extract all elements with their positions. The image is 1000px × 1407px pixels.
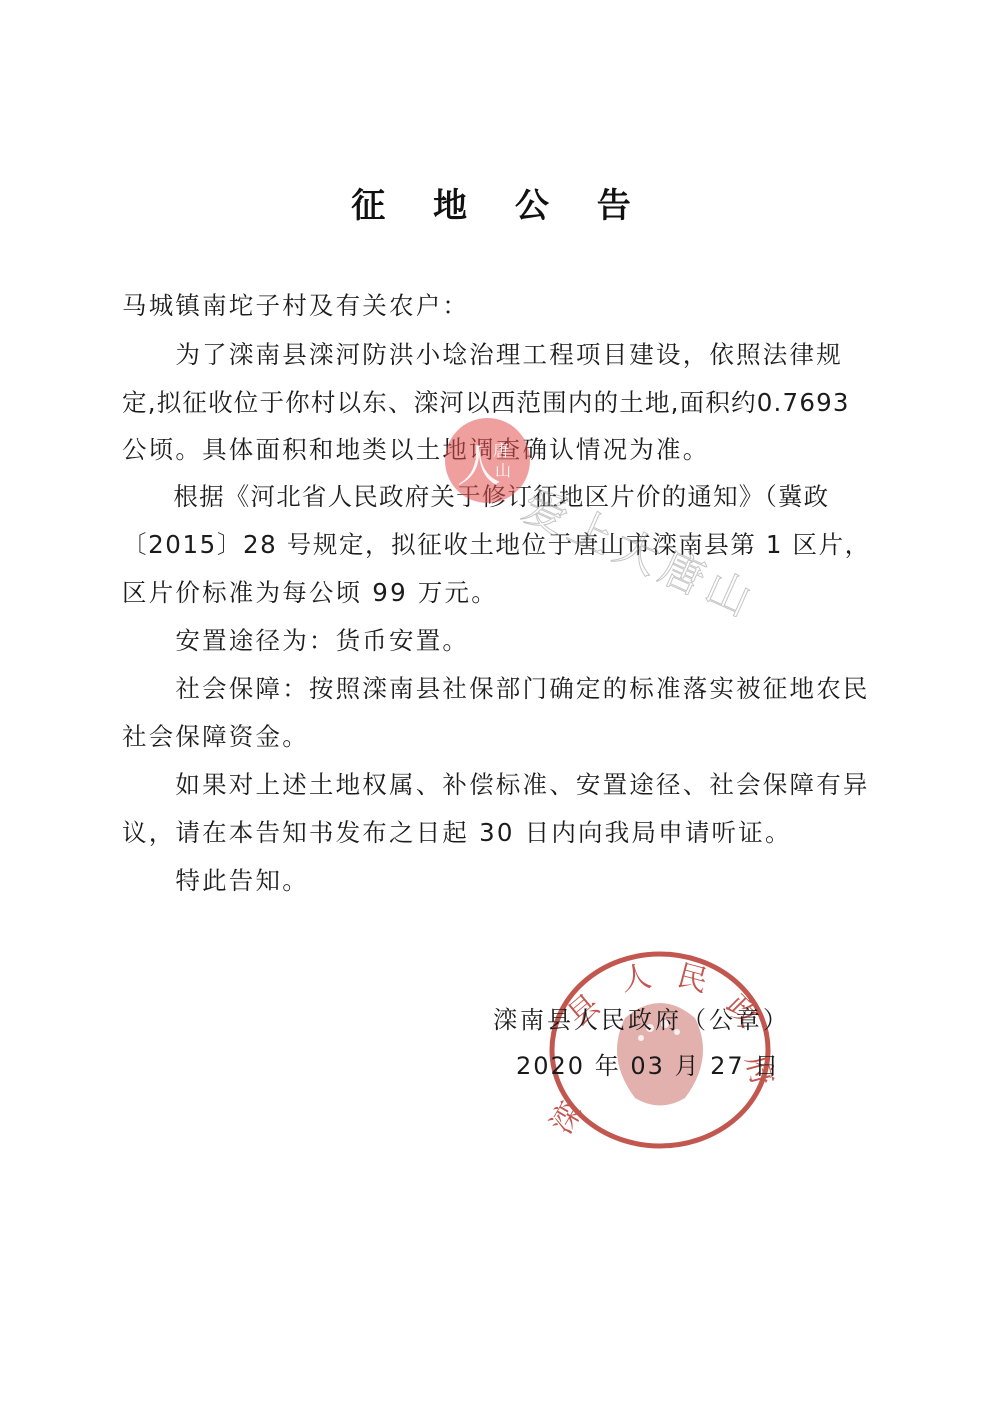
document-page: 征 地 公 告 马城镇南坨子村及有关农户： 为了滦南县滦河防洪小埝治理工程项目建…	[0, 0, 1000, 1407]
body-line: 议，请在本告知书发布之日起 30 日内向我局申请听证。	[122, 814, 792, 849]
salutation: 马城镇南坨子村及有关农户：	[122, 287, 469, 322]
body-line: 公顷。具体面积和地类以土地调查确认情况为准。	[122, 431, 709, 466]
svg-text:民: 民	[673, 958, 711, 1000]
body-line: 为了滦南县滦河防洪小埝治理工程项目建设，依照法律规	[122, 336, 843, 371]
signature-date: 2020 年 03 月 27 日	[516, 1046, 780, 1081]
body-line: 社会保障资金。	[122, 718, 309, 753]
body-line: 特此告知。	[122, 862, 309, 897]
document-title: 征 地 公 告	[0, 178, 1000, 227]
signature-organization: 滦南县人民政府（公章）	[493, 1000, 790, 1035]
body-line: 社会保障：按照滦南县社保部门确定的标准落实被征地农民	[122, 670, 870, 705]
body-line: 安置途径为：货币安置。	[122, 622, 469, 657]
svg-text:滦: 滦	[545, 1096, 590, 1140]
body-line: 〔2015〕28 号规定，拟征收土地位于唐山市滦南县第 1 区片，	[122, 526, 871, 561]
body-line: 定,拟征收位于你村以东、滦河以西范围内的土地,面积约0.7693	[122, 384, 850, 419]
body-line: 根据《河北省人民政府关于修订征地区片价的通知》（冀政	[122, 478, 829, 513]
body-line: 如果对上述土地权属、补偿标准、安置途径、社会保障有异	[122, 766, 870, 801]
body-line: 区片价标准为每公顷 99 万元。	[122, 574, 498, 609]
svg-text:人: 人	[619, 959, 655, 999]
